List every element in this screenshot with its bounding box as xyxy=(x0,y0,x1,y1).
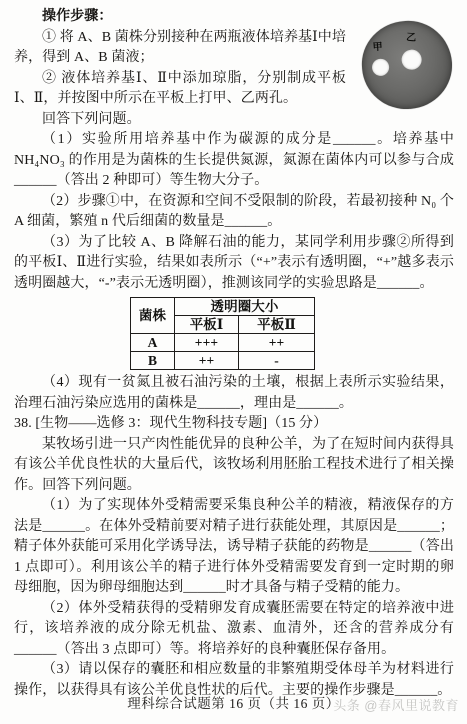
dish-hole-yi xyxy=(401,49,422,70)
table-header-halo-size: 透明圈大小 xyxy=(175,298,315,316)
dish-label-yi: 乙 xyxy=(406,33,417,44)
results-table: 菌株 透明圈大小 平板Ⅰ 平板Ⅱ A +++ ++ B ++ - xyxy=(130,297,315,370)
table-header-strain: 菌株 xyxy=(131,298,175,334)
q37-part-4: （4）现有一贫氮且被石油污染的土壤，根据上表所示实验结果，治理石油污染应选用的菌… xyxy=(14,373,454,414)
cell-b-plate1: ++ xyxy=(175,352,239,370)
q37-part-3: （3）为了比较 A、B 降解石油的能力，某同学利用步骤②所得到的平板Ⅰ、Ⅱ进行实… xyxy=(14,233,454,295)
exam-content: 甲 乙 操作步骤： ① 将 A、B 菌株分别接种在两瓶液体培养基Ⅰ中培养，得到 … xyxy=(14,7,454,701)
dish-label-jia: 甲 xyxy=(372,43,383,54)
table-header-plate2: 平板Ⅱ xyxy=(239,316,315,334)
q37-part-1: （1）实验所用培养基中作为碳源的成分是______。培养基中 NH₄NO₃ 的作… xyxy=(14,130,454,192)
watermark: 头条 @春风里说教育 xyxy=(333,695,459,714)
cell-a-plate2: ++ xyxy=(239,334,315,352)
cell-strain-a: A xyxy=(131,334,175,352)
q38-part-2: （2）体外受精获得的受精卵发育成囊胚需要在特定的培养液中进行，该培养液的成分除无… xyxy=(14,599,454,661)
q37-part-2: （2）步骤①中，在资源和空间不受限制的阶段，若最初接种 N₀ 个 A 细菌，繁殖… xyxy=(14,192,454,233)
cell-strain-b: B xyxy=(131,352,175,370)
q38-intro: 某牧场引进一只产肉性能优异的良种公羊，为了在短时间内获得具有该公羊优良性状的大量… xyxy=(14,435,454,497)
q38-heading: 38. [生物——选修 3：现代生物科技专题]（15 分） xyxy=(14,414,454,435)
exam-page: 甲 乙 操作步骤： ① 将 A、B 菌株分别接种在两瓶液体培养基Ⅰ中培养，得到 … xyxy=(0,0,467,724)
q38-part-1: （1）为了实现体外受精需要采集良种公羊的精液，精液保存的方法是______。在体… xyxy=(14,496,454,599)
page-footer: 理科综合试题第 16 页（共 16 页） 头条 @春风里说教育 xyxy=(0,692,467,712)
table-header-plate1: 平板Ⅰ xyxy=(175,316,239,334)
table-header-row-1: 菌株 透明圈大小 xyxy=(131,298,315,316)
dish-hole-jia xyxy=(372,58,390,76)
petri-dish-figure: 甲 乙 xyxy=(354,15,454,119)
cell-a-plate1: +++ xyxy=(175,334,239,352)
cell-b-plate2: - xyxy=(239,352,315,370)
table-row: A +++ ++ xyxy=(131,334,315,352)
petri-dish-icon: 甲 乙 xyxy=(359,18,455,112)
table-row: B ++ - xyxy=(131,352,315,370)
